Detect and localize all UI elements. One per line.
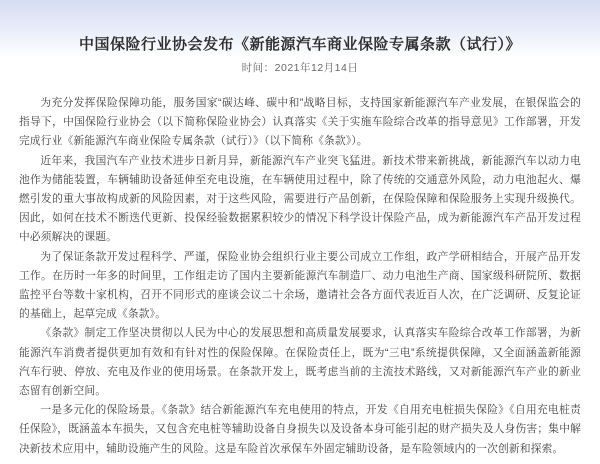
article-paragraph: 一是多元化的保险场景。《条款》结合新能源汽车充电使用的特点，开发《自用充电桩损失… bbox=[19, 401, 581, 459]
article-paragraph: 为了保证条款开发过程科学、严谨，保险业协会组织行业主要公司成立工作组，政产学研相… bbox=[19, 248, 581, 325]
page-title: 中国保险行业协会发布《新能源汽车商业保险专属条款（试行）》 bbox=[0, 35, 600, 55]
article-body: 为充分发挥保险保障功能，服务国家“碳达峰、碳中和”战略目标，支持国家新能源汽车产… bbox=[0, 85, 600, 459]
article-paragraph: 近年来，我国汽车产业技术进步日新月异，新能源汽车产业突飞猛进。新技术带来新挑战，… bbox=[19, 152, 581, 248]
publish-date: 时间：2021年12月14日 bbox=[0, 60, 600, 75]
article-page: 中国保险行业协会发布《新能源汽车商业保险专属条款（试行）》 时间：2021年12… bbox=[0, 0, 600, 464]
header-banner: 中国保险行业协会发布《新能源汽车商业保险专属条款（试行）》 时间：2021年12… bbox=[0, 0, 600, 85]
article-paragraph: 为充分发挥保险保障功能，服务国家“碳达峰、碳中和”战略目标，支持国家新能源汽车产… bbox=[19, 94, 581, 152]
article-paragraph: 《条款》制定工作坚决贯彻以人民为中心的发展思想和高质量发展要求，认真落实车险综合… bbox=[19, 324, 581, 401]
